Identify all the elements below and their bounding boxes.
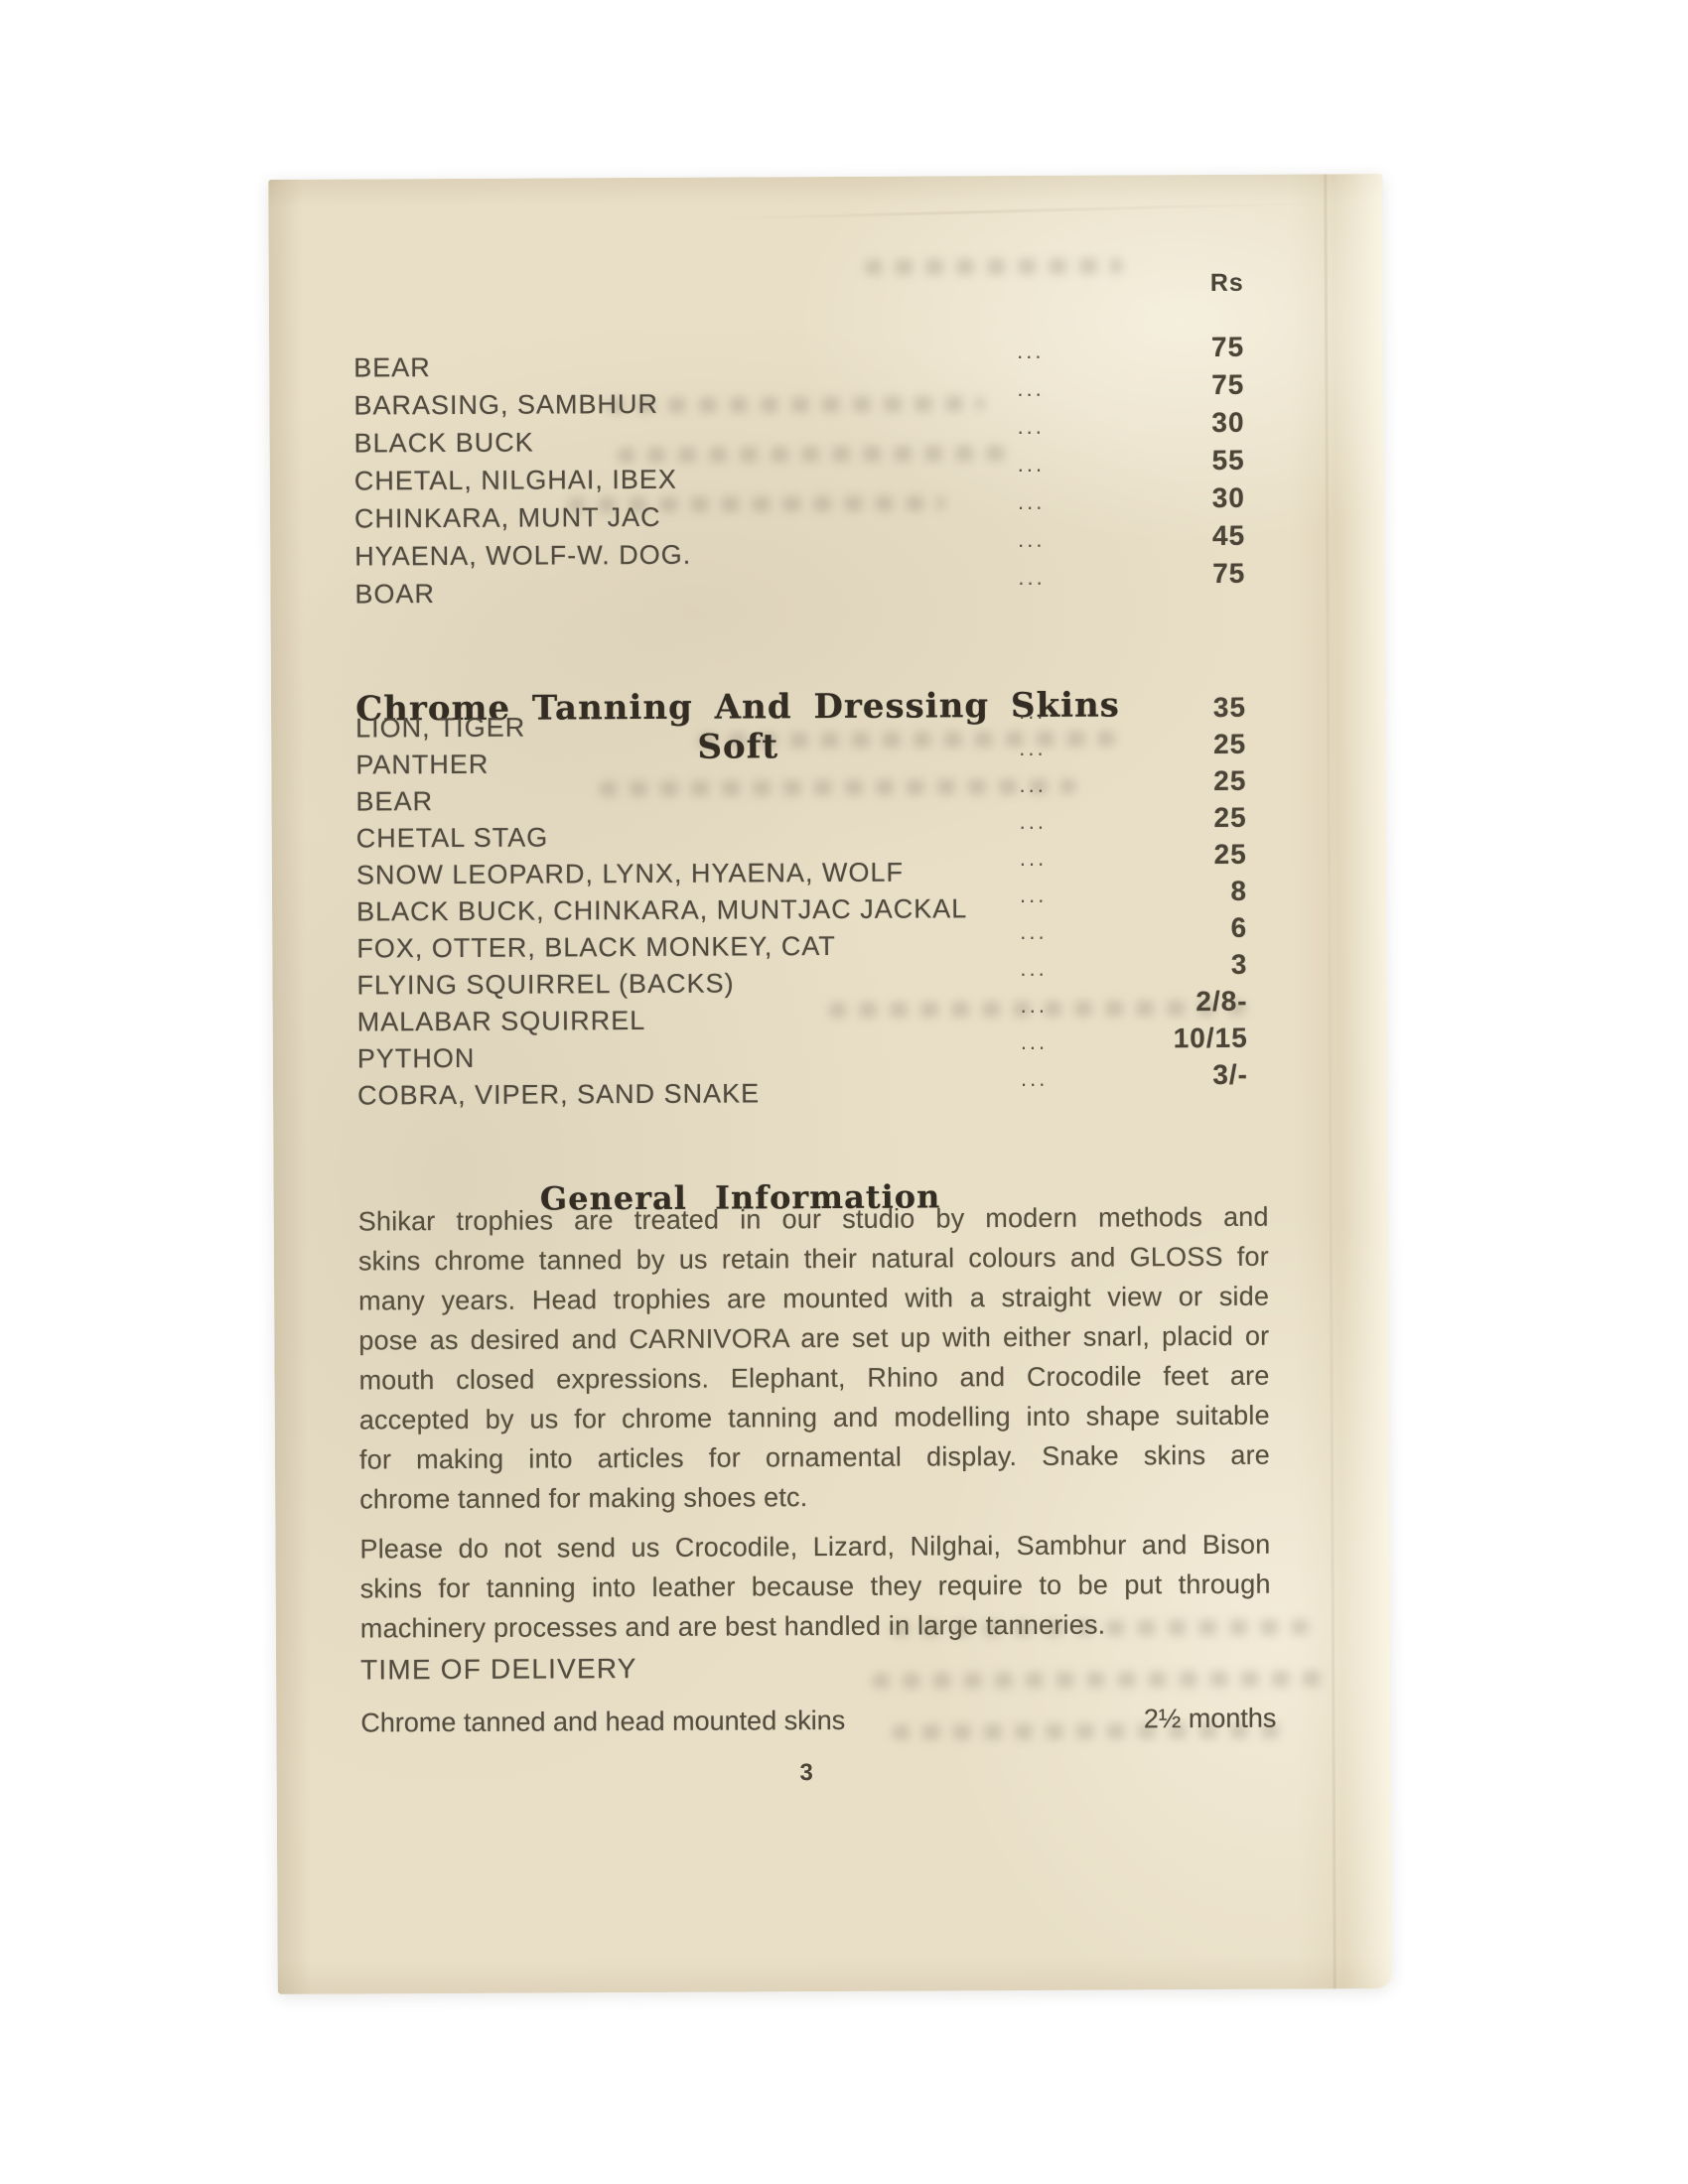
price-row: BEAR ... 25 — [355, 782, 1246, 824]
dot-leaders: ... — [1021, 993, 1048, 1019]
price-row: BARASING, SAMBHUR ... 75 — [353, 386, 1244, 429]
dot-leaders: ... — [1017, 376, 1044, 402]
dot-leaders: ... — [1020, 919, 1047, 945]
item-label: HYAENA, WOLF-W. DOG. — [354, 540, 691, 573]
price-row: BLACK BUCK, CHINKARA, MUNTJAC JACKAL ...… — [356, 892, 1247, 934]
text-line: pose as desired and CARNIVORA are set up… — [358, 1316, 1269, 1361]
price-row: BLACK BUCK ... 30 — [354, 424, 1245, 467]
item-price: 25 — [1213, 729, 1246, 760]
item-price: 30 — [1212, 482, 1245, 514]
price-row: LION, TIGER ... 35 — [355, 709, 1246, 751]
text-line: machinery processes and are best handled… — [360, 1604, 1271, 1649]
item-price: 30 — [1211, 407, 1244, 439]
text-line: skins chrome tanned by us retain their n… — [358, 1237, 1269, 1282]
paragraph-shikar-trophies: Shikar trophies are treated in our studi… — [358, 1197, 1271, 1520]
dot-leaders: ... — [1018, 452, 1045, 478]
item-price: 25 — [1214, 839, 1247, 871]
time-of-delivery-heading: TIME OF DELIVERY — [360, 1653, 637, 1686]
text-line: Please do not send us Crocodile, Lizard,… — [359, 1525, 1270, 1570]
trophy-price-list: BEAR ... 75 BARASING, SAMBHUR ... 75 BLA… — [353, 348, 1245, 617]
dot-leaders: ... — [1018, 527, 1045, 553]
photo-background: Rs BEAR ... 75 BARASING, SAMBHUR ... 75 — [0, 0, 1688, 2184]
item-label: CHETAL, NILGHAI, IBEX — [354, 465, 677, 497]
price-row: MALABAR SQUIRREL ... 2/8- — [357, 1003, 1248, 1044]
price-row: SNOW LEOPARD, LYNX, HYAENA, WOLF ... 25 — [356, 856, 1247, 897]
price-row: CHETAL, NILGHAI, IBEX ... 55 — [354, 462, 1245, 504]
item-price: 75 — [1211, 369, 1244, 401]
item-label: BARASING, SAMBHUR — [353, 389, 658, 422]
text-line: accepted by us for chrome tanning and mo… — [359, 1396, 1270, 1440]
dot-leaders: ... — [1020, 956, 1047, 982]
item-price: 35 — [1213, 692, 1246, 724]
dot-leaders: ... — [1018, 489, 1045, 515]
price-row: PANTHER ... 25 — [355, 746, 1246, 787]
text-line: mouth closed expressions. Elephant, Rhin… — [358, 1356, 1269, 1401]
item-price: 45 — [1212, 520, 1245, 552]
dot-leaders: ... — [1020, 846, 1047, 872]
dot-leaders: ... — [1021, 1029, 1048, 1055]
item-price: 75 — [1212, 558, 1245, 590]
dot-leaders: ... — [1019, 699, 1046, 725]
item-label: MALABAR SQUIRREL — [357, 1006, 646, 1038]
text-line: many years. Head trophies are mounted wi… — [358, 1277, 1269, 1321]
price-row: FOX, OTTER, BLACK MONKEY, CAT ... 6 — [356, 929, 1247, 971]
item-price: 25 — [1213, 765, 1246, 797]
price-row: CHETAL STAG ... 25 — [356, 819, 1247, 861]
price-row: FLYING SQUIRREL (BACKS) ... 3 — [356, 966, 1247, 1008]
item-label: CHETAL STAG — [356, 822, 549, 854]
item-label: PANTHER — [355, 750, 489, 781]
page-number: 3 — [361, 1757, 1252, 1790]
item-price: 3 — [1231, 949, 1248, 981]
item-label: PYTHON — [357, 1043, 476, 1075]
dot-leaders: ... — [1017, 339, 1044, 364]
text-line: chrome tanned for making shoes etc. — [359, 1475, 1270, 1520]
delivery-item-label: Chrome tanned and head mounted skins — [360, 1706, 845, 1739]
dot-leaders: ... — [1017, 414, 1044, 440]
item-label: CHINKARA, MUNT JAC — [354, 502, 661, 535]
item-label: FLYING SQUIRREL (BACKS) — [356, 969, 734, 1002]
delivery-row: Chrome tanned and head mounted skins 2½ … — [360, 1704, 1276, 1739]
price-row: PYTHON ... 10/15 — [357, 1039, 1248, 1081]
currency-column-header: Rs — [353, 269, 1244, 303]
page-content: Rs BEAR ... 75 BARASING, SAMBHUR ... 75 — [268, 174, 1392, 1994]
item-label: BEAR — [353, 352, 431, 383]
item-label: FOX, OTTER, BLACK MONKEY, CAT — [356, 931, 836, 965]
text-line: Shikar trophies are treated in our studi… — [358, 1197, 1269, 1242]
item-label: COBRA, VIPER, SAND SNAKE — [357, 1078, 760, 1111]
item-price: 55 — [1211, 445, 1244, 477]
item-label: BEAR — [355, 786, 433, 817]
dot-leaders: ... — [1020, 809, 1047, 835]
dot-leaders: ... — [1019, 736, 1046, 761]
price-row: CHINKARA, MUNT JAC ... 30 — [354, 499, 1245, 542]
item-label: SNOW LEOPARD, LYNX, HYAENA, WOLF — [356, 858, 904, 891]
item-price: 3/- — [1212, 1059, 1248, 1091]
price-row: COBRA, VIPER, SAND SNAKE ... 3/- — [357, 1076, 1248, 1118]
document-page: Rs BEAR ... 75 BARASING, SAMBHUR ... 75 — [268, 174, 1392, 1994]
dot-leaders: ... — [1020, 883, 1047, 908]
text-line: skins for tanning into leather because t… — [360, 1565, 1271, 1609]
price-row: BEAR ... 75 — [353, 348, 1244, 391]
price-row: HYAENA, WOLF-W. DOG. ... 45 — [354, 537, 1245, 580]
dot-leaders: ... — [1019, 772, 1046, 798]
item-price: 6 — [1231, 912, 1248, 944]
paragraph-do-not-send: Please do not send us Crocodile, Lizard,… — [359, 1525, 1271, 1649]
dot-leaders: ... — [1018, 565, 1045, 591]
item-price: 2/8- — [1196, 986, 1247, 1018]
item-price: 10/15 — [1174, 1023, 1248, 1054]
item-price: 8 — [1230, 876, 1247, 907]
dot-leaders: ... — [1021, 1066, 1048, 1092]
item-label: BLACK BUCK, CHINKARA, MUNTJAC JACKAL — [356, 893, 967, 927]
delivery-duration: 2½ months — [1144, 1704, 1277, 1735]
item-price: 25 — [1213, 802, 1246, 834]
item-label: BOAR — [354, 579, 435, 610]
item-label: LION, TIGER — [355, 713, 525, 745]
price-row: BOAR ... 75 — [354, 575, 1245, 617]
text-line: for making into articles for ornamental … — [359, 1435, 1270, 1480]
item-label: BLACK BUCK — [354, 428, 534, 460]
item-price: 75 — [1211, 332, 1244, 363]
chrome-tanning-price-list: LION, TIGER ... 35 PANTHER ... 25 BEAR .… — [355, 709, 1248, 1118]
